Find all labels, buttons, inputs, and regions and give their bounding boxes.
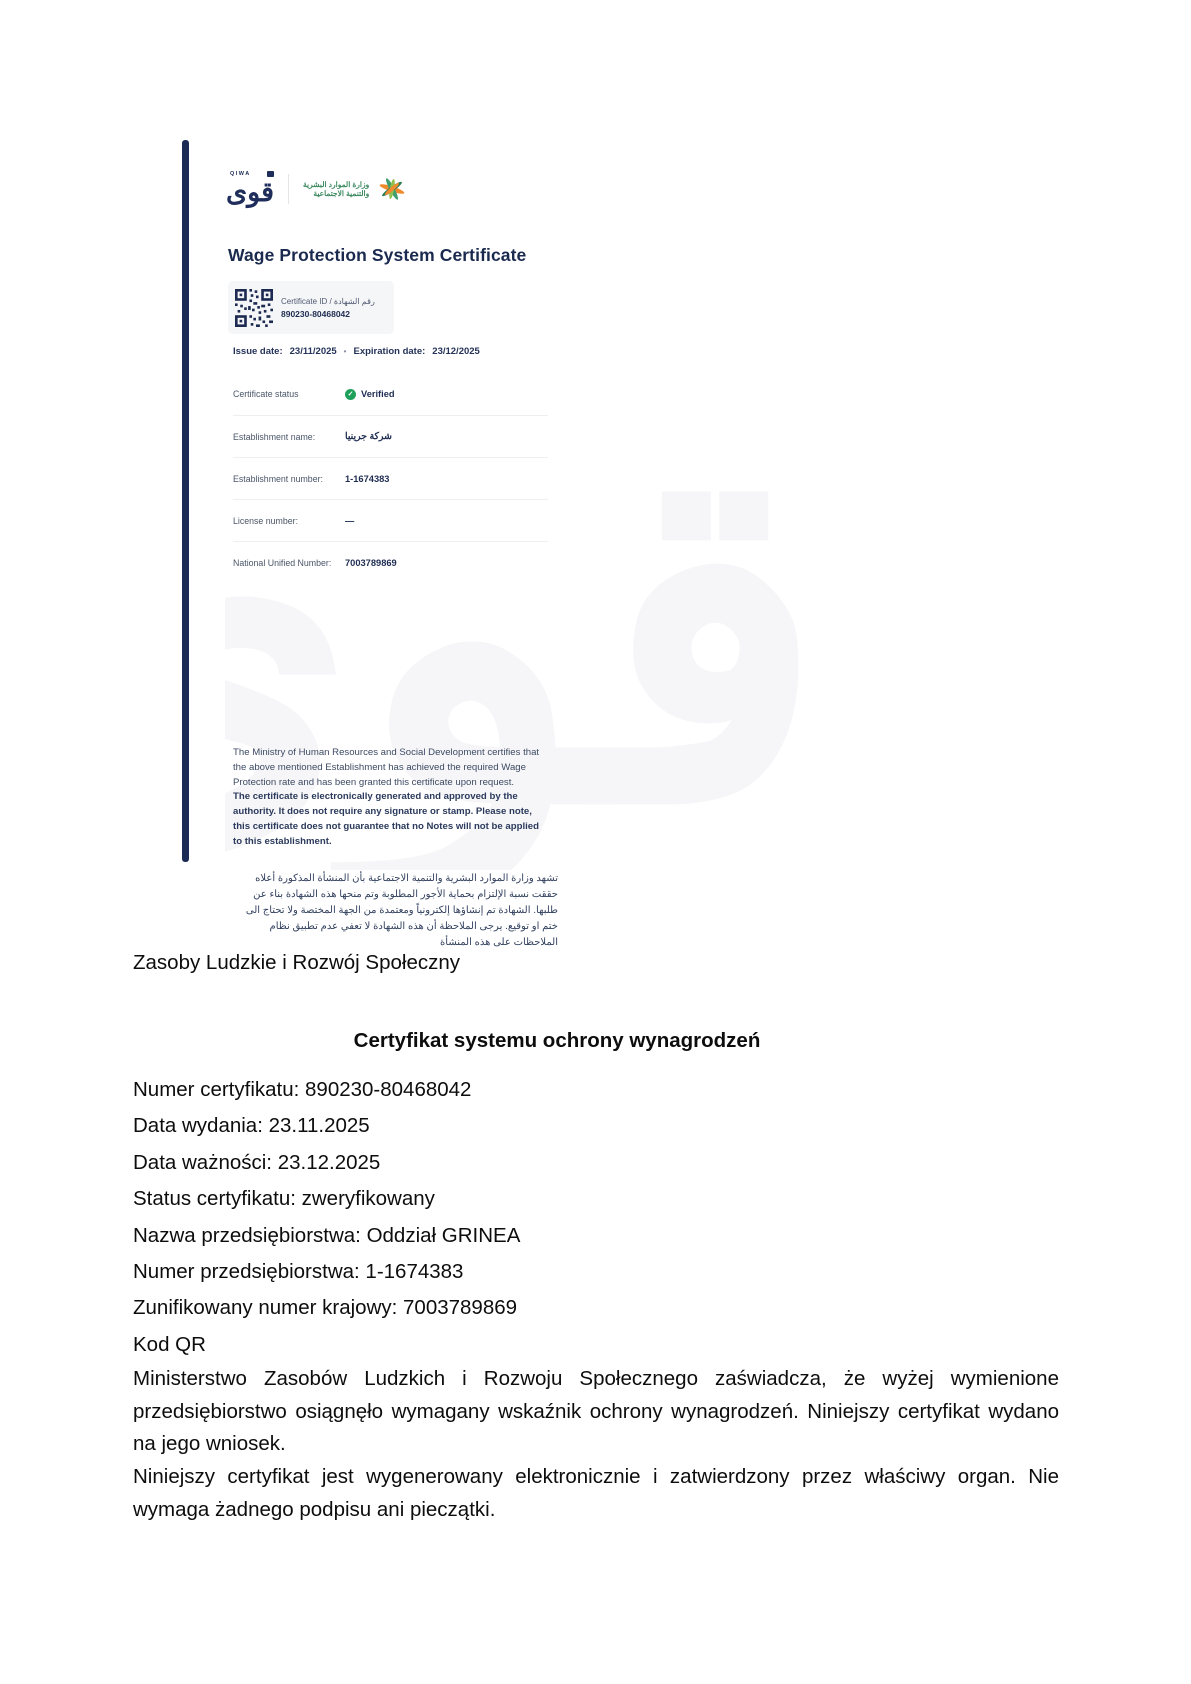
table-row-establishment-name: Establishment name: شركة جرينيا <box>233 415 548 457</box>
translation-section: Zasoby Ludzkie i Rozwój Społeczny Certyf… <box>133 950 1059 1526</box>
certificate-id-box: Certificate ID / رقم الشهادة 890230-8046… <box>228 281 394 334</box>
row-value: — <box>345 516 354 526</box>
table-row-certificate-status: Certificate status ✓ Verified <box>233 373 548 415</box>
certificate-panel: QIWA قوى وزارة الموارد البشرية والتنمية … <box>228 165 698 952</box>
table-row-establishment-number: Establishment number: 1-1674383 <box>233 457 548 499</box>
translation-paragraph-1: Ministerstwo Zasobów Ludzkich i Rozwoju … <box>133 1363 1059 1461</box>
certificate-details-table: Certificate status ✓ Verified Establishm… <box>233 373 548 583</box>
logo-row: QIWA قوى وزارة الموارد البشرية والتنمية … <box>228 165 698 213</box>
verified-check-icon: ✓ <box>345 389 356 400</box>
qiwa-logo: QIWA قوى <box>228 171 274 207</box>
logo-divider <box>288 174 289 204</box>
status-value: Verified <box>361 389 395 399</box>
dates-separator: • <box>344 347 347 356</box>
page: { "certificate": { "qiwa_logo": { "small… <box>0 0 1191 1684</box>
translation-paragraph-2: Niniejszy certyfikat jest wygenerowany e… <box>133 1461 1059 1526</box>
row-label: National Unified Number: <box>233 558 345 568</box>
status-badge: ✓ Verified <box>345 389 395 400</box>
translation-line-establishment-name: Nazwa przedsiębiorstwa: Oddział GRINEA <box>133 1218 1059 1254</box>
certificate-id-label: Certificate ID / رقم الشهادة <box>281 296 375 307</box>
english-paragraph-2: The certificate is electronically genera… <box>233 790 548 849</box>
ministry-star-icon <box>375 173 409 205</box>
row-label: Establishment number: <box>233 474 345 484</box>
issue-date-value: 23/11/2025 <box>290 346 337 357</box>
row-value: 1-1674383 <box>345 474 389 484</box>
row-label: Certificate status <box>233 389 345 399</box>
qiwa-logo-mark: قوى <box>228 177 274 207</box>
ministry-logo-text: وزارة الموارد البشرية والتنمية الاجتماعي… <box>303 180 369 198</box>
expiration-date-value: 23/12/2025 <box>432 346 480 357</box>
translation-line-expiry-date: Data ważności: 23.12.2025 <box>133 1145 1059 1181</box>
row-value: 7003789869 <box>345 558 397 568</box>
translation-line-status: Status certyfikatu: zweryfikowany <box>133 1181 1059 1217</box>
issue-date-label: Issue date: <box>233 346 283 357</box>
english-paragraph-1: The Ministry of Human Resources and Soci… <box>233 746 548 790</box>
ministry-logo-line1: وزارة الموارد البشرية <box>303 180 369 189</box>
translation-line-issue-date: Data wydania: 23.11.2025 <box>133 1108 1059 1144</box>
translation-intro: Zasoby Ludzkie i Rozwój Społeczny <box>133 950 1059 976</box>
arabic-paragraph: تشهد وزارة الموارد البشرية والتنمية الاج… <box>240 871 558 952</box>
row-value: شركة جرينيا <box>345 431 392 442</box>
row-label: Establishment name: <box>233 432 345 442</box>
table-row-license-number: License number: — <box>233 499 548 541</box>
table-row-national-unified-number: National Unified Number: 7003789869 <box>233 541 548 583</box>
certificate-accent-bar <box>182 140 189 862</box>
expiration-date-label: Expiration date: <box>353 346 425 357</box>
translation-line-certificate-number: Numer certyfikatu: 890230-80468042 <box>133 1072 1059 1108</box>
ministry-logo: وزارة الموارد البشرية والتنمية الاجتماعي… <box>303 173 409 205</box>
translation-heading: Certyfikat systemu ochrony wynagrodzeń <box>133 1028 1059 1054</box>
translation-line-national-unified-number: Zunifikowany numer krajowy: 7003789869 <box>133 1290 1059 1326</box>
ministry-logo-line2: والتنمية الاجتماعية <box>303 189 369 198</box>
qr-code-icon <box>235 289 273 327</box>
translation-line-qr-code: Kod QR <box>133 1327 1059 1363</box>
dates-row: Issue date: 23/11/2025 • Expiration date… <box>228 346 698 357</box>
certificate-id-block: Certificate ID / رقم الشهادة 890230-8046… <box>281 296 375 320</box>
certificate-id-value: 890230-80468042 <box>281 309 375 320</box>
certificate-title: Wage Protection System Certificate <box>228 245 698 266</box>
row-label: License number: <box>233 516 345 526</box>
qiwa-logo-dot <box>267 171 274 177</box>
translation-line-establishment-number: Numer przedsiębiorstwa: 1-1674383 <box>133 1254 1059 1290</box>
